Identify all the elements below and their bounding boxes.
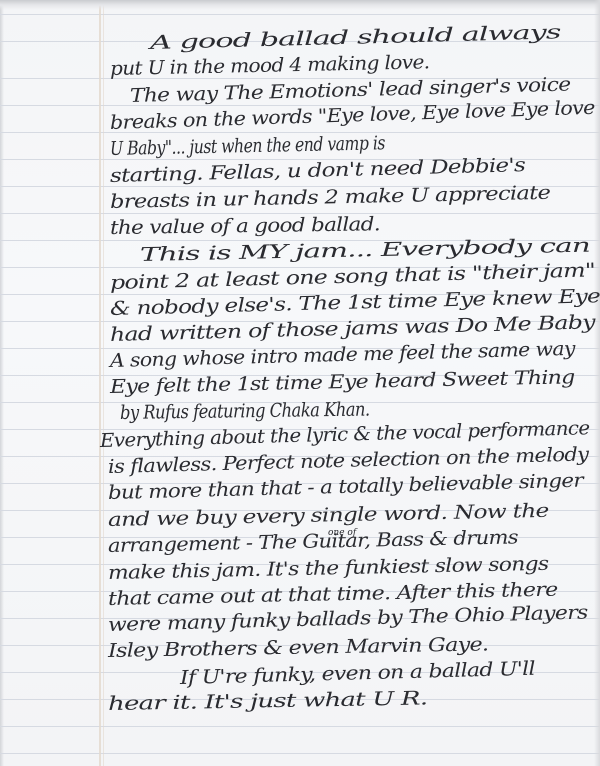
handwritten-line: hear it. It's just what U R. [108, 689, 428, 714]
handwritten-line: starting. Fellas, u don't need Debbie's [110, 156, 526, 186]
handwritten-line: A good ballad should always [150, 23, 561, 53]
handwritten-text: A good ballad should always put U in the… [0, 0, 600, 766]
handwritten-line: by Rufus featuring Chaka Khan. [120, 401, 370, 423]
handwritten-line: Eye felt the 1st time Eye heard Sweet Th… [110, 368, 575, 397]
handwritten-line: arrangement - The Guitar, Bass & drums [108, 528, 518, 556]
handwritten-line: and we buy every single word. Now the [108, 502, 549, 530]
handwritten-line: A song whose intro made me feel the same… [110, 340, 575, 371]
handwritten-line: If U're funky, even on a ballad U'll [180, 660, 535, 688]
handwritten-line: the value of a good ballad. [110, 215, 380, 238]
handwritten-line: U Baby"... just when the end vamp is [110, 134, 385, 159]
handwritten-line: Isley Brothers & even Marvin Gaye. [108, 635, 489, 661]
handwritten-line: make this jam. It's the funkiest slow so… [108, 555, 549, 583]
scanned-page: A good ballad should always put U in the… [0, 0, 600, 766]
handwritten-line: put U in the mood 4 making love. [110, 53, 430, 79]
handwritten-line: but more than that - a totally believabl… [108, 472, 583, 503]
handwritten-insertion: one of [328, 528, 356, 538]
handwritten-line: breasts in ur hands 2 make U appreciate [110, 184, 551, 212]
